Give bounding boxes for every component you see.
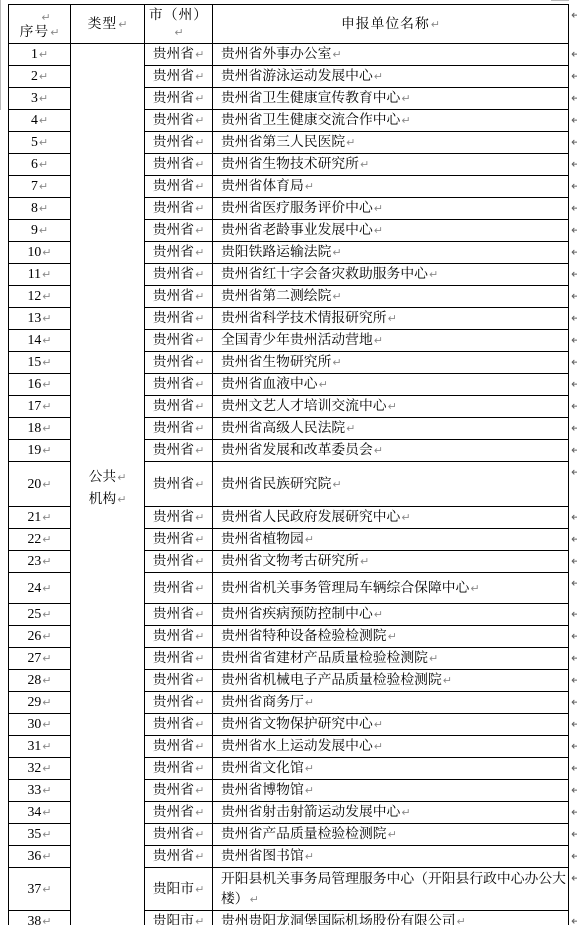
paragraph-mark-icon: ↵ xyxy=(39,114,48,127)
city-cell: 贵州省↵ xyxy=(145,418,213,440)
paragraph-mark-icon: ↵ xyxy=(117,471,126,484)
city-cell: 贵州省↵ xyxy=(145,330,213,352)
paragraph-mark-icon: ↵ xyxy=(195,136,204,149)
serial-cell: 7↵ xyxy=(9,176,71,198)
serial-cell: 29↵ xyxy=(9,692,71,714)
unit-name-cell: 贵州省疾病预防控制中心↵ xyxy=(213,604,569,626)
paragraph-mark-icon: ↵ xyxy=(39,158,48,171)
serial-cell: 21↵ xyxy=(9,507,71,529)
unit-name-cell: 贵州省生物研究所↵ xyxy=(213,352,569,374)
paragraph-mark-icon: ↵ xyxy=(195,422,204,435)
paragraph-mark-icon: ↵ xyxy=(195,444,204,457)
city-cell: 贵州省↵ xyxy=(145,648,213,670)
paragraph-mark-icon: ↵ xyxy=(195,400,204,413)
paragraph-mark-icon: ↵ xyxy=(195,718,204,731)
type-merged-cell: 公共↵机构↵ xyxy=(71,44,145,925)
paragraph-mark-icon: ↵ xyxy=(429,268,438,281)
serial-cell: 22↵ xyxy=(9,529,71,551)
end-of-row-mark-icon: ↵ xyxy=(571,377,577,391)
paragraph-mark-icon: ↵ xyxy=(401,92,410,105)
header-unit-name: 申报单位名称↵ xyxy=(213,5,569,44)
end-of-row-mark-icon: ↵ xyxy=(571,179,577,193)
city-cell: 贵州省↵ xyxy=(145,132,213,154)
end-of-row-mark-icon: ↵ xyxy=(571,289,577,303)
end-of-row-mark-icon: ↵ xyxy=(571,91,577,105)
unit-name-cell: 贵州省植物园↵ xyxy=(213,529,569,551)
paragraph-mark-icon: ↵ xyxy=(118,18,127,31)
paragraph-mark-icon: ↵ xyxy=(42,312,51,325)
paragraph-mark-icon: ↵ xyxy=(346,136,355,149)
serial-cell: 4↵ xyxy=(9,110,71,132)
paragraph-mark-icon: ↵ xyxy=(374,202,383,215)
row-end-mark: ↵ xyxy=(569,626,577,648)
paragraph-mark-icon: ↵ xyxy=(195,696,204,709)
end-of-row-mark-icon: ↵ xyxy=(571,849,577,863)
end-of-row-mark-icon: ↵ xyxy=(571,399,577,413)
serial-cell: 26↵ xyxy=(9,626,71,648)
paragraph-mark-icon: ↵ xyxy=(42,290,51,303)
paragraph-mark-icon: ↵ xyxy=(332,356,341,369)
end-of-row-mark-icon: ↵ xyxy=(571,761,577,775)
paragraph-mark-icon: ↵ xyxy=(42,784,51,797)
paragraph-mark-icon: ↵ xyxy=(360,555,369,568)
unit-name-cell: 贵州省文物保护研究中心↵ xyxy=(213,714,569,736)
end-of-row-mark-icon: ↵ xyxy=(571,113,577,127)
row-end-mark: ↵ xyxy=(569,846,577,868)
unit-name-cell: 贵州省文物考古研究所↵ xyxy=(213,551,569,573)
unit-name-cell: 贵州文艺人才培训交流中心↵ xyxy=(213,396,569,418)
paragraph-mark-icon: ↵ xyxy=(42,356,51,369)
city-cell: 贵州省↵ xyxy=(145,176,213,198)
row-end-mark: ↵ xyxy=(569,88,577,110)
serial-cell: 8↵ xyxy=(9,198,71,220)
paragraph-mark-icon: ↵ xyxy=(195,582,204,595)
paragraph-mark-icon: ↵ xyxy=(195,478,204,491)
end-of-row-mark-icon: ↵ xyxy=(571,47,577,61)
paragraph-mark-icon: ↵ xyxy=(42,246,51,259)
row-end-mark: ↵ xyxy=(569,220,577,242)
paragraph-mark-icon: ↵ xyxy=(305,180,314,193)
paragraph-mark-icon: ↵ xyxy=(319,378,328,391)
serial-cell: 5↵ xyxy=(9,132,71,154)
paragraph-mark-icon: ↵ xyxy=(195,784,204,797)
paragraph-mark-icon: ↵ xyxy=(195,202,204,215)
city-cell: 贵州省↵ xyxy=(145,758,213,780)
row-end-mark: ↵ xyxy=(569,824,577,846)
unit-name-cell: 贵州省游泳运动发展中心↵ xyxy=(213,66,569,88)
city-cell: 贵州省↵ xyxy=(145,462,213,507)
paragraph-mark-icon: ↵ xyxy=(195,608,204,621)
paragraph-mark-icon: ↵ xyxy=(42,422,51,435)
paragraph-mark-icon: ↵ xyxy=(374,718,383,731)
unit-name-cell: 贵阳铁路运输法院↵ xyxy=(213,242,569,264)
paragraph-mark-icon: ↵ xyxy=(42,828,51,841)
paragraph-mark-icon: ↵ xyxy=(374,70,383,83)
row-end-mark: ↵ xyxy=(569,308,577,330)
paragraph-mark-icon: ↵ xyxy=(50,26,59,39)
serial-cell: 27↵ xyxy=(9,648,71,670)
city-cell: 贵州省↵ xyxy=(145,670,213,692)
paragraph-mark-icon: ↵ xyxy=(42,334,51,347)
paragraph-mark-icon: ↵ xyxy=(39,136,48,149)
row-end-mark: ↵ xyxy=(569,714,577,736)
end-of-row-mark-icon: ↵ xyxy=(571,135,577,149)
end-of-row-mark-icon: ↵ xyxy=(571,871,577,885)
unit-name-cell: 贵州省射击射箭运动发展中心↵ xyxy=(213,802,569,824)
row-end-mark: ↵ xyxy=(569,330,577,352)
row-end-mark: ↵ xyxy=(569,648,577,670)
serial-cell: 23↵ xyxy=(9,551,71,573)
paragraph-mark-icon: ↵ xyxy=(42,740,51,753)
city-cell: 贵州省↵ xyxy=(145,440,213,462)
header-row: ↵ 序号↵ 类型↵ 市（州）↵ 申报单位名称↵ ↵ xyxy=(9,5,577,44)
paragraph-mark-icon: ↵ xyxy=(42,718,51,731)
end-of-row-mark-icon: ↵ xyxy=(571,8,577,22)
city-cell: 贵州省↵ xyxy=(145,66,213,88)
unit-name-cell: 贵州省产品质量检验检测院↵ xyxy=(213,824,569,846)
serial-cell: 30↵ xyxy=(9,714,71,736)
paragraph-mark-icon: ↵ xyxy=(195,806,204,819)
end-of-row-mark-icon: ↵ xyxy=(571,532,577,546)
paragraph-mark-icon: ↵ xyxy=(195,356,204,369)
paragraph-mark-icon: ↵ xyxy=(429,652,438,665)
header-unit-name-label: 申报单位名称 xyxy=(341,16,430,31)
serial-cell: 31↵ xyxy=(9,736,71,758)
paragraph-mark-icon: ↵ xyxy=(195,630,204,643)
paragraph-mark-icon: ↵ xyxy=(39,202,48,215)
end-of-row-mark-icon: ↵ xyxy=(571,311,577,325)
city-cell: 贵州省↵ xyxy=(145,198,213,220)
paragraph-mark-icon: ↵ xyxy=(41,11,50,24)
row-end-mark: ↵ xyxy=(569,868,577,911)
row-end-mark: ↵ xyxy=(569,780,577,802)
city-cell: 贵州省↵ xyxy=(145,626,213,648)
paragraph-mark-icon: ↵ xyxy=(195,850,204,863)
row-end-mark: ↵ xyxy=(569,802,577,824)
paragraph-mark-icon: ↵ xyxy=(431,18,440,31)
header-serial-label: 序号 xyxy=(20,24,50,39)
paragraph-mark-icon: ↵ xyxy=(39,70,48,83)
end-of-row-mark-icon: ↵ xyxy=(571,695,577,709)
city-cell: 贵州省↵ xyxy=(145,110,213,132)
unit-name-cell: 贵州省卫生健康宣传教育中心↵ xyxy=(213,88,569,110)
row-end-mark: ↵ xyxy=(569,132,577,154)
row-end-mark: ↵ xyxy=(569,440,577,462)
row-end-mark: ↵ xyxy=(569,573,577,604)
serial-cell: 33↵ xyxy=(9,780,71,802)
serial-cell: 37↵ xyxy=(9,868,71,911)
end-of-row-mark-icon: ↵ xyxy=(571,465,577,479)
unit-name-cell: 贵州省第三人民医院↵ xyxy=(213,132,569,154)
paragraph-mark-icon: ↵ xyxy=(195,555,204,568)
paragraph-mark-icon: ↵ xyxy=(443,674,452,687)
city-cell: 贵州省↵ xyxy=(145,374,213,396)
paragraph-mark-icon: ↵ xyxy=(42,582,51,595)
paragraph-mark-icon: ↵ xyxy=(195,48,204,61)
paragraph-mark-icon: ↵ xyxy=(332,246,341,259)
paragraph-mark-icon: ↵ xyxy=(332,478,341,491)
paragraph-mark-icon: ↵ xyxy=(388,828,397,841)
paragraph-mark-icon: ↵ xyxy=(42,883,51,896)
unit-name-cell: 贵州省血液中心↵ xyxy=(213,374,569,396)
row-end-mark: ↵ xyxy=(569,507,577,529)
city-cell: 贵州省↵ xyxy=(145,529,213,551)
city-cell: 贵州省↵ xyxy=(145,714,213,736)
end-of-row-mark-icon: ↵ xyxy=(571,739,577,753)
serial-cell: 16↵ xyxy=(9,374,71,396)
paragraph-mark-icon: ↵ xyxy=(346,422,355,435)
unit-name-cell: 贵州省第二测绘院↵ xyxy=(213,286,569,308)
paragraph-mark-icon: ↵ xyxy=(42,850,51,863)
table-row: 1↵公共↵机构↵贵州省↵贵州省外事办公室↵↵ xyxy=(9,44,577,66)
city-cell: 贵州省↵ xyxy=(145,44,213,66)
row-end-mark: ↵ xyxy=(569,758,577,780)
row-end-mark: ↵ xyxy=(569,264,577,286)
end-of-row-mark-icon: ↵ xyxy=(571,69,577,83)
unit-name-cell: 贵州省高级人民法院↵ xyxy=(213,418,569,440)
unit-name-cell: 贵州省图书馆↵ xyxy=(213,846,569,868)
paragraph-mark-icon: ↵ xyxy=(305,784,314,797)
row-end-mark: ↵ xyxy=(569,529,577,551)
city-cell: 贵州省↵ xyxy=(145,551,213,573)
paragraph-mark-icon: ↵ xyxy=(195,334,204,347)
end-of-row-mark-icon: ↵ xyxy=(571,783,577,797)
table-header: ↵ 序号↵ 类型↵ 市（州）↵ 申报单位名称↵ ↵ xyxy=(9,5,577,44)
page-margin-mark-left xyxy=(0,0,1,110)
unit-name-cell: 贵州省医疗服务评价中心↵ xyxy=(213,198,569,220)
paragraph-mark-icon: ↵ xyxy=(42,268,51,281)
unit-name-cell: 贵州省生物技术研究所↵ xyxy=(213,154,569,176)
paragraph-mark-icon: ↵ xyxy=(401,114,410,127)
row-end-mark: ↵ xyxy=(569,44,577,66)
city-cell: 贵州省↵ xyxy=(145,154,213,176)
row-end-mark: ↵ xyxy=(569,396,577,418)
paragraph-mark-icon: ↵ xyxy=(195,915,204,925)
type-label-line: 公共↵ xyxy=(71,466,144,488)
city-cell: 贵州省↵ xyxy=(145,824,213,846)
serial-cell: 32↵ xyxy=(9,758,71,780)
paragraph-mark-icon: ↵ xyxy=(374,608,383,621)
serial-cell: 38↵ xyxy=(9,911,71,925)
paragraph-mark-icon: ↵ xyxy=(195,70,204,83)
row-end-mark: ↵ xyxy=(569,418,577,440)
city-cell: 贵州省↵ xyxy=(145,846,213,868)
end-of-row-mark-icon: ↵ xyxy=(571,607,577,621)
header-city: 市（州）↵ xyxy=(145,5,213,44)
serial-cell: 34↵ xyxy=(9,802,71,824)
row-end-mark: ↵ xyxy=(569,352,577,374)
row-end-mark: ↵ xyxy=(569,110,577,132)
unit-name-cell: 贵州省卫生健康交流合作中心↵ xyxy=(213,110,569,132)
end-of-row-mark-icon: ↵ xyxy=(571,651,577,665)
city-cell: 贵州省↵ xyxy=(145,780,213,802)
end-of-row-mark-icon: ↵ xyxy=(571,267,577,281)
paragraph-mark-icon: ↵ xyxy=(39,48,48,61)
unit-name-cell: 贵州省人民政府发展研究中心↵ xyxy=(213,507,569,529)
unit-name-cell: 贵州省发展和改革委员会↵ xyxy=(213,440,569,462)
paragraph-mark-icon: ↵ xyxy=(360,158,369,171)
paragraph-mark-icon: ↵ xyxy=(42,444,51,457)
paragraph-mark-icon: ↵ xyxy=(195,883,204,896)
table-body: 1↵公共↵机构↵贵州省↵贵州省外事办公室↵↵2↵贵州省↵贵州省游泳运动发展中心↵… xyxy=(9,44,577,925)
paragraph-mark-icon: ↵ xyxy=(42,696,51,709)
paragraph-mark-icon: ↵ xyxy=(117,493,126,506)
serial-cell: 10↵ xyxy=(9,242,71,264)
serial-cell: 36↵ xyxy=(9,846,71,868)
paragraph-mark-icon: ↵ xyxy=(39,180,48,193)
row-end-mark: ↵ xyxy=(569,670,577,692)
end-of-row-mark-icon: ↵ xyxy=(571,245,577,259)
paragraph-mark-icon: ↵ xyxy=(195,740,204,753)
paragraph-mark-icon: ↵ xyxy=(195,224,204,237)
row-end-mark: ↵ xyxy=(569,176,577,198)
end-of-row-mark-icon: ↵ xyxy=(571,827,577,841)
row-end-mark: ↵ xyxy=(569,286,577,308)
city-cell: 贵州省↵ xyxy=(145,308,213,330)
paragraph-mark-icon: ↵ xyxy=(39,92,48,105)
paragraph-mark-icon: ↵ xyxy=(388,400,397,413)
unit-name-cell: 贵州省博物馆↵ xyxy=(213,780,569,802)
serial-cell: 11↵ xyxy=(9,264,71,286)
row-end-mark: ↵ xyxy=(569,374,577,396)
paragraph-mark-icon: ↵ xyxy=(374,444,383,457)
end-of-row-mark-icon: ↵ xyxy=(571,717,577,731)
paragraph-mark-icon: ↵ xyxy=(195,312,204,325)
paragraph-mark-icon: ↵ xyxy=(42,806,51,819)
serial-cell: 17↵ xyxy=(9,396,71,418)
unit-name-cell: 贵州省红十字会备灾救助服务中心↵ xyxy=(213,264,569,286)
paragraph-mark-icon: ↵ xyxy=(195,511,204,524)
paragraph-mark-icon: ↵ xyxy=(174,26,183,39)
row-end-mark: ↵ xyxy=(569,462,577,507)
serial-cell: 3↵ xyxy=(9,88,71,110)
paragraph-mark-icon: ↵ xyxy=(374,740,383,753)
paragraph-mark-icon: ↵ xyxy=(374,224,383,237)
type-label-line: 机构↵ xyxy=(71,488,144,510)
city-cell: 贵州省↵ xyxy=(145,286,213,308)
paragraph-mark-icon: ↵ xyxy=(195,378,204,391)
row-end-mark: ↵ xyxy=(569,551,577,573)
paragraph-mark-icon: ↵ xyxy=(42,555,51,568)
city-cell: 贵州省↵ xyxy=(145,736,213,758)
paragraph-mark-icon: ↵ xyxy=(470,582,479,595)
row-end-mark: ↵ xyxy=(569,692,577,714)
serial-cell: 24↵ xyxy=(9,573,71,604)
paragraph-mark-icon: ↵ xyxy=(195,114,204,127)
serial-cell: 28↵ xyxy=(9,670,71,692)
paragraph-mark-icon: ↵ xyxy=(42,533,51,546)
city-cell: 贵州省↵ xyxy=(145,573,213,604)
serial-cell: 12↵ xyxy=(9,286,71,308)
paragraph-mark-icon: ↵ xyxy=(401,511,410,524)
unit-name-cell: 贵州省机关事务管理局车辆综合保障中心↵ xyxy=(213,573,569,604)
paragraph-mark-icon: ↵ xyxy=(457,915,466,925)
paragraph-mark-icon: ↵ xyxy=(195,92,204,105)
declaration-units-table: ↵ 序号↵ 类型↵ 市（州）↵ 申报单位名称↵ ↵ 1↵公共↵机构↵贵州省↵贵州… xyxy=(8,4,577,925)
paragraph-mark-icon: ↵ xyxy=(42,378,51,391)
serial-cell: 14↵ xyxy=(9,330,71,352)
paragraph-mark-icon: ↵ xyxy=(305,762,314,775)
serial-cell: 18↵ xyxy=(9,418,71,440)
end-of-row-mark-icon: ↵ xyxy=(571,421,577,435)
row-end-mark: ↵ xyxy=(569,198,577,220)
row-end-mark: ↵ xyxy=(569,66,577,88)
header-city-label: 市（州） xyxy=(149,7,208,22)
unit-name-cell: 贵州省民族研究院↵ xyxy=(213,462,569,507)
end-of-row-mark-icon: ↵ xyxy=(571,554,577,568)
paragraph-mark-icon: ↵ xyxy=(42,608,51,621)
serial-cell: 9↵ xyxy=(9,220,71,242)
row-end-mark: ↵ xyxy=(569,604,577,626)
city-cell: 贵州省↵ xyxy=(145,604,213,626)
paragraph-mark-icon: ↵ xyxy=(401,806,410,819)
end-of-row-mark-icon: ↵ xyxy=(571,443,577,457)
end-of-row-mark-icon: ↵ xyxy=(571,914,577,925)
paragraph-mark-icon: ↵ xyxy=(42,478,51,491)
unit-name-cell: 贵州省水上运动发展中心↵ xyxy=(213,736,569,758)
end-of-row-mark-icon: ↵ xyxy=(571,673,577,687)
paragraph-mark-icon: ↵ xyxy=(332,48,341,61)
paragraph-mark-icon: ↵ xyxy=(250,893,259,906)
header-serial: ↵ 序号↵ xyxy=(9,5,71,44)
paragraph-mark-icon: ↵ xyxy=(39,224,48,237)
end-of-row-mark-icon: ↵ xyxy=(571,510,577,524)
row-end-mark: ↵ xyxy=(569,736,577,758)
paragraph-mark-icon: ↵ xyxy=(388,312,397,325)
paragraph-mark-icon: ↵ xyxy=(42,652,51,665)
paragraph-mark-icon: ↵ xyxy=(42,630,51,643)
row-end-mark: ↵ xyxy=(569,911,577,925)
city-cell: 贵州省↵ xyxy=(145,802,213,824)
unit-name-cell: 贵州省机械电子产品质量检验检测院↵ xyxy=(213,670,569,692)
end-of-row-mark-icon: ↵ xyxy=(571,576,577,590)
paragraph-mark-icon: ↵ xyxy=(42,915,51,925)
serial-cell: 25↵ xyxy=(9,604,71,626)
header-type: 类型↵ xyxy=(71,5,145,44)
paragraph-mark-icon: ↵ xyxy=(42,511,51,524)
row-end-mark: ↵ xyxy=(569,242,577,264)
serial-cell: 2↵ xyxy=(9,66,71,88)
city-cell: 贵州省↵ xyxy=(145,352,213,374)
end-of-row-mark-icon: ↵ xyxy=(571,223,577,237)
paragraph-mark-icon: ↵ xyxy=(195,652,204,665)
end-of-row-mark-icon: ↵ xyxy=(571,333,577,347)
serial-cell: 35↵ xyxy=(9,824,71,846)
end-of-row-mark-icon: ↵ xyxy=(571,629,577,643)
paragraph-mark-icon: ↵ xyxy=(195,290,204,303)
unit-name-cell: 贵州省省建材产品质量检验检测院↵ xyxy=(213,648,569,670)
paragraph-mark-icon: ↵ xyxy=(195,762,204,775)
serial-cell: 1↵ xyxy=(9,44,71,66)
document-page: ↵ 序号↵ 类型↵ 市（州）↵ 申报单位名称↵ ↵ 1↵公共↵机构↵贵州省↵贵州… xyxy=(0,0,577,925)
unit-name-cell: 贵州省外事办公室↵ xyxy=(213,44,569,66)
serial-cell: 6↵ xyxy=(9,154,71,176)
unit-name-cell: 贵州省商务厅↵ xyxy=(213,692,569,714)
paragraph-mark-icon: ↵ xyxy=(374,334,383,347)
unit-name-cell: 全国青少年贵州活动营地↵ xyxy=(213,330,569,352)
city-cell: 贵州省↵ xyxy=(145,264,213,286)
paragraph-mark-icon: ↵ xyxy=(388,630,397,643)
paragraph-mark-icon: ↵ xyxy=(332,290,341,303)
end-of-row-mark-icon: ↵ xyxy=(571,355,577,369)
unit-name-cell: 贵州省科学技术情报研究所↵ xyxy=(213,308,569,330)
city-cell: 贵州省↵ xyxy=(145,242,213,264)
paragraph-mark-icon: ↵ xyxy=(305,850,314,863)
city-cell: 贵州省↵ xyxy=(145,507,213,529)
serial-cell: 20↵ xyxy=(9,462,71,507)
row-end-mark: ↵ xyxy=(569,154,577,176)
unit-name-cell: 开阳县机关事务局管理服务中心（开阳县行政中心办公大楼）↵ xyxy=(213,868,569,911)
